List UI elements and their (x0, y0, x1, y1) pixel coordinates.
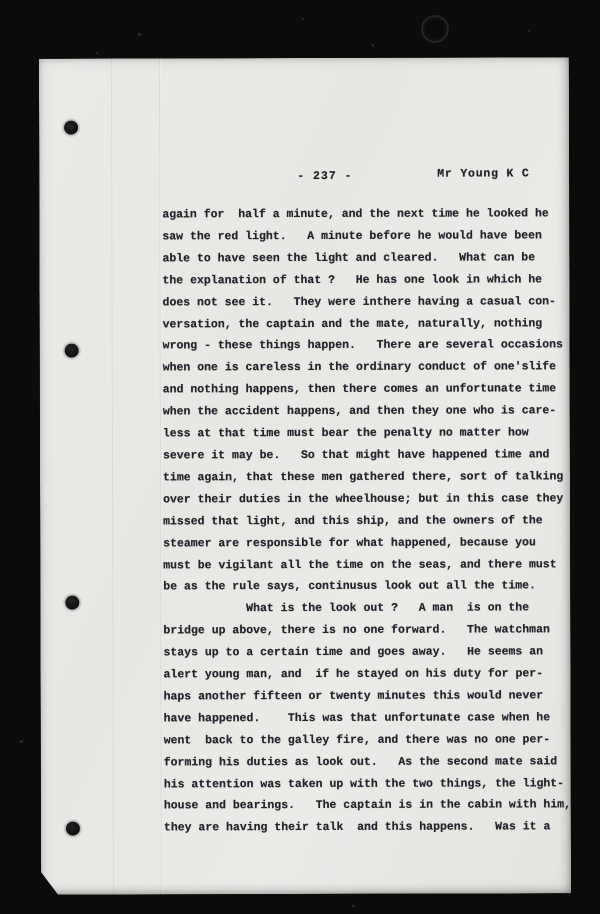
text-line: severe it may be. So that might have hap… (163, 444, 563, 467)
text-line: steamer are responsible for what happene… (163, 532, 563, 555)
text-line: What is the look out ? A man is on the (163, 598, 563, 621)
dust-speck (352, 905, 355, 907)
text-line: house and bearings. The captain is in th… (164, 795, 564, 818)
text-line: missed that light, and this ship, and th… (163, 510, 563, 533)
text-line: wrong - these things happen. There are s… (163, 335, 563, 358)
text-line: went back to the galley fire, and there … (164, 729, 564, 752)
text-line: his attention was taken up with the two … (164, 773, 564, 796)
ring-stamp-mark (421, 15, 449, 43)
text-line: stays up to a certain time and goes away… (163, 641, 563, 664)
text-line: time again, that these men gathered ther… (163, 466, 563, 489)
dust-speck (372, 44, 374, 47)
punch-hole (64, 121, 78, 135)
text-line: again for half a minute, and the next ti… (162, 203, 562, 226)
page-header: - 237 - Mr Young K C (39, 167, 569, 186)
punch-hole (65, 344, 79, 358)
text-line: saw the red light. A minute before he wo… (162, 225, 562, 248)
text-line: bridge up above, there is no one forward… (163, 620, 563, 643)
dust-speck (20, 740, 23, 743)
dust-speck (138, 33, 141, 36)
typed-body-text: again for half a minute, and the next ti… (162, 203, 564, 839)
text-line: they are having their talk and this happ… (164, 817, 564, 840)
text-line: when one is careless in the ordinary con… (163, 357, 563, 380)
text-line: must be vigilant all the time on the sea… (163, 554, 563, 577)
dust-speck (302, 18, 304, 20)
text-line: forming his duties as look out. As the s… (164, 751, 564, 774)
text-line: does not see it. They were inthere havin… (163, 291, 563, 314)
dust-speck (96, 52, 98, 54)
text-line: and nothing happens, then there comes an… (163, 379, 563, 402)
punch-hole (66, 822, 80, 836)
text-line: alert young man, and if he stayed on his… (163, 663, 563, 686)
speaker-name: Mr Young K C (437, 167, 529, 180)
text-line: the explanation of that ? He has one loo… (162, 269, 562, 292)
text-line: when the accident happens, and then they… (163, 400, 563, 423)
page-number: - 237 - (297, 170, 352, 183)
text-line: able to have seen the light and cleared.… (162, 247, 562, 270)
document-page: - 237 - Mr Young K C again for half a mi… (39, 57, 571, 894)
text-line: less at that time must bear the penalty … (163, 422, 563, 445)
text-line: haps another fifteen or twenty minutes t… (164, 685, 564, 708)
text-line: over their duties in the wheelhouse; but… (163, 488, 563, 511)
text-line: versation, the captain and the mate, nat… (163, 313, 563, 336)
dust-speck (528, 30, 530, 32)
punch-hole (65, 596, 79, 610)
text-line: have happened. This was that unfortunate… (164, 707, 564, 730)
text-line: be as the rule says, continusus look out… (163, 576, 563, 599)
